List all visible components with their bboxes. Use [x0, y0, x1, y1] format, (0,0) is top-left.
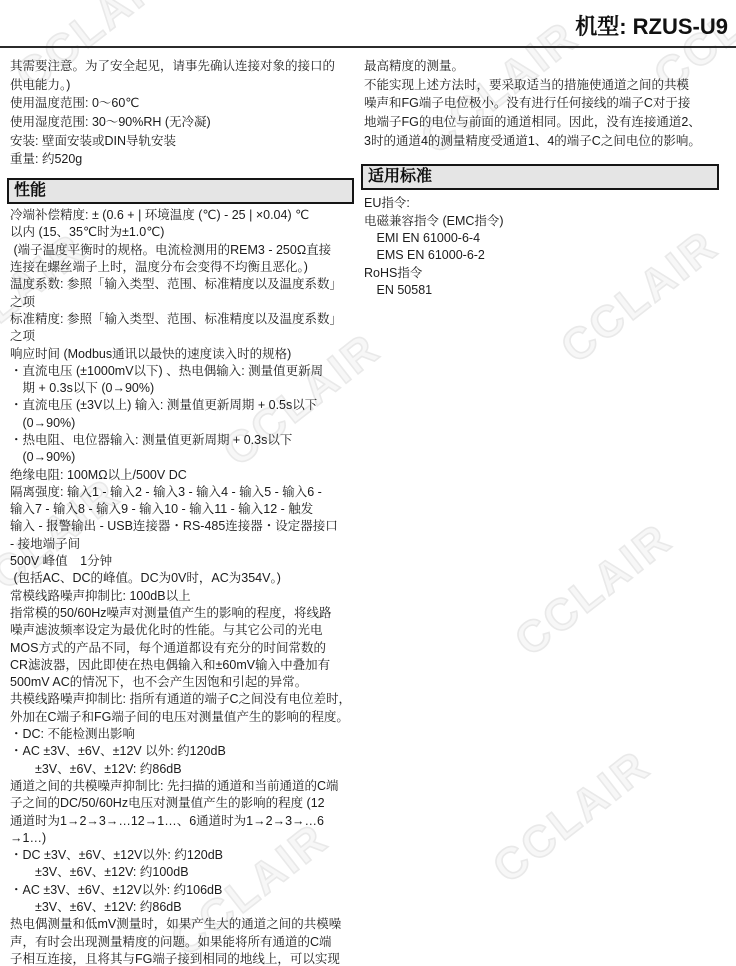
text-line: 安装: 壁面安装或DIN导轨安装 [10, 132, 354, 151]
text-line: ±3V、±6V、±12V: 约86dB [10, 761, 354, 778]
text-line: 之项 [10, 328, 354, 345]
text-line: EMS EN 61000-6-2 [364, 247, 726, 264]
text-line: 温度系数: 参照「输入类型、范围、标准精度以及温度系数」 [10, 276, 354, 293]
text-line: 以内 (15、35℃时为±1.0℃) [10, 224, 354, 241]
spec-sheet-page: CCLAIR CCLAIR CCLAIR CCLAIR CCLAIR CCLAI… [0, 0, 736, 966]
text-line: 供电能力。) [10, 76, 354, 95]
text-line: EMI EN 61000-6-4 [364, 230, 726, 247]
text-line: 500mV AC的情况下，也不会产生因饱和引起的异常。 [10, 674, 354, 691]
text-line: ・直流电压 (±3V以上) 输入: 测量值更新周期 + 0.5s以下 [10, 397, 354, 414]
text-line: ・AC ±3V、±6V、±12V以外: 约106dB [10, 882, 354, 899]
text-line: EU指令: [364, 195, 726, 212]
text-line: 标准精度: 参照「输入类型、范围、标准精度以及温度系数」 [10, 311, 354, 328]
text-line: 噪声滤波频率设定为最优化时的性能。与其它公司的光电 [10, 622, 354, 639]
text-line: 隔离强度: 输入1 - 输入2 - 输入3 - 输入4 - 输入5 - 输入6 … [10, 484, 354, 501]
text-line: 共模线路噪声抑制比: 指所有通道的端子C之间没有电位差时， [10, 691, 354, 708]
text-line: 使用温度范围: 0～60℃ [10, 94, 354, 113]
text-line: 绝缘电阻: 100MΩ以上/500V DC [10, 467, 354, 484]
text-line: 响应时间 (Modbus通讯以最快的速度读入时的规格) [10, 346, 354, 363]
text-line: ・DC: 不能检测出影响 [10, 726, 354, 743]
watermark-text: CCLAIR [484, 741, 660, 894]
section-header-performance: 性能 [7, 178, 354, 204]
text-line: 输入 - 报警输出 - USB连接器・RS-485连接器・设定器接口 [10, 518, 354, 535]
intro-text: 其需要注意。为了安全起见，请事先确认连接对象的接口的供电能力。)使用温度范围: … [10, 57, 354, 169]
text-line: ±3V、±6V、±12V: 约100dB [10, 864, 354, 881]
text-line: 噪声和FG端子电位极小。没有进行任何接线的端子C对于接 [364, 94, 726, 113]
text-line: ・热电阻、电位器输入: 测量值更新周期 + 0.3s以下 [10, 432, 354, 449]
text-line: 子之间的DC/50/60Hz电压对测量值产生的影响的程度 (12 [10, 795, 354, 812]
text-line: 子相互连接，且将其与FG端子接到相同的地线上，可以实现 [10, 951, 354, 966]
text-line: ・直流电压 (±1000mV以下) 、热电偶输入: 测量值更新周 [10, 363, 354, 380]
continuation-text: 最高精度的测量。不能实现上述方法时，要采取适当的措施使通道之间的共模噪声和FG端… [364, 57, 726, 150]
text-line: 通道时为1→2→3→…12→1…、6通道时为1→2→3→…6 [10, 813, 354, 830]
text-line: 500V 峰值 1分钟 [10, 553, 354, 570]
header-divider [0, 46, 736, 48]
watermark-text: CCLAIR [506, 514, 682, 667]
text-line: CR滤波器，因此即使在热电偶输入和±60mV输入中叠加有 [10, 657, 354, 674]
text-line: - 接地端子间 [10, 536, 354, 553]
text-line: 3时的通道4的测量精度受通道1、4的端子C之间电位的影响。 [364, 132, 726, 151]
text-line: 冷端补偿精度: ± (0.6 + | 环境温度 (℃) - 25 | ×0.04… [10, 207, 354, 224]
text-line: ±3V、±6V、±12V: 约86dB [10, 899, 354, 916]
text-line: 使用湿度范围: 30～90%RH (无冷凝) [10, 113, 354, 132]
text-line: 重量: 约520g [10, 150, 354, 169]
text-line: EN 50581 [364, 282, 726, 299]
text-line: 指常模的50/60Hz噪声对测量值产生的影响的程度，将线路 [10, 605, 354, 622]
text-line: 通道之间的共模噪声抑制比: 先扫描的通道和当前通道的C端 [10, 778, 354, 795]
text-line: (0→90%) [10, 415, 354, 432]
text-line: 连接在螺丝端子上时，温度分布会变得不均衡且恶化。) [10, 259, 354, 276]
text-line: (包括AC、DC的峰值。DC为0V时，AC为354V。) [10, 570, 354, 587]
text-line: (0→90%) [10, 449, 354, 466]
text-line: 外加在C端子和FG端子间的电压对测量值产生的影响的程度。 [10, 709, 354, 726]
text-line: 电磁兼容指令 (EMC指令) [364, 213, 726, 230]
section-header-standards: 适用标准 [361, 164, 719, 190]
section-title: 适用标准 [368, 168, 432, 185]
left-column: 其需要注意。为了安全起见，请事先确认连接对象的接口的供电能力。)使用温度范围: … [10, 57, 354, 966]
text-line: 期 + 0.3s以下 (0→90%) [10, 380, 354, 397]
performance-spec-text: 冷端补偿精度: ± (0.6 + | 环境温度 (℃) - 25 | ×0.04… [10, 207, 354, 966]
text-line: 声，有时会出现测量精度的问题。如果能将所有通道的C端 [10, 934, 354, 951]
text-line: 其需要注意。为了安全起见，请事先确认连接对象的接口的 [10, 57, 354, 76]
standards-list: EU指令:电磁兼容指令 (EMC指令) EMI EN 61000-6-4 EMS… [364, 195, 726, 299]
text-line: MOS方式的产品不同，每个通道都设有充分的时间常数的 [10, 640, 354, 657]
text-line: 最高精度的测量。 [364, 57, 726, 76]
text-line: 不能实现上述方法时，要采取适当的措施使通道之间的共模 [364, 76, 726, 95]
text-line: 输入7 - 输入8 - 输入9 - 输入10 - 输入11 - 输入12 - 触… [10, 501, 354, 518]
text-line: 常模线路噪声抑制比: 100dB以上 [10, 588, 354, 605]
section-title: 性能 [14, 182, 46, 199]
text-line: →1…) [10, 830, 354, 847]
text-line: RoHS指令 [364, 265, 726, 282]
page-title: 机型: RZUS-U9 [575, 10, 728, 41]
text-line: 地端子FG的电位与前面的通道相同。因此，没有连接通道2、 [364, 113, 726, 132]
right-column: 最高精度的测量。不能实现上述方法时，要采取适当的措施使通道之间的共模噪声和FG端… [364, 57, 726, 299]
text-line: 之项 [10, 294, 354, 311]
text-line: 热电偶测量和低mV测量时，如果产生大的通道之间的共模噪 [10, 916, 354, 933]
text-line: ・DC ±3V、±6V、±12V以外: 约120dB [10, 847, 354, 864]
text-line: (端子温度平衡时的规格。电流检测用的REM3 - 250Ω直接 [10, 242, 354, 259]
text-line: ・AC ±3V、±6V、±12V 以外: 约120dB [10, 743, 354, 760]
